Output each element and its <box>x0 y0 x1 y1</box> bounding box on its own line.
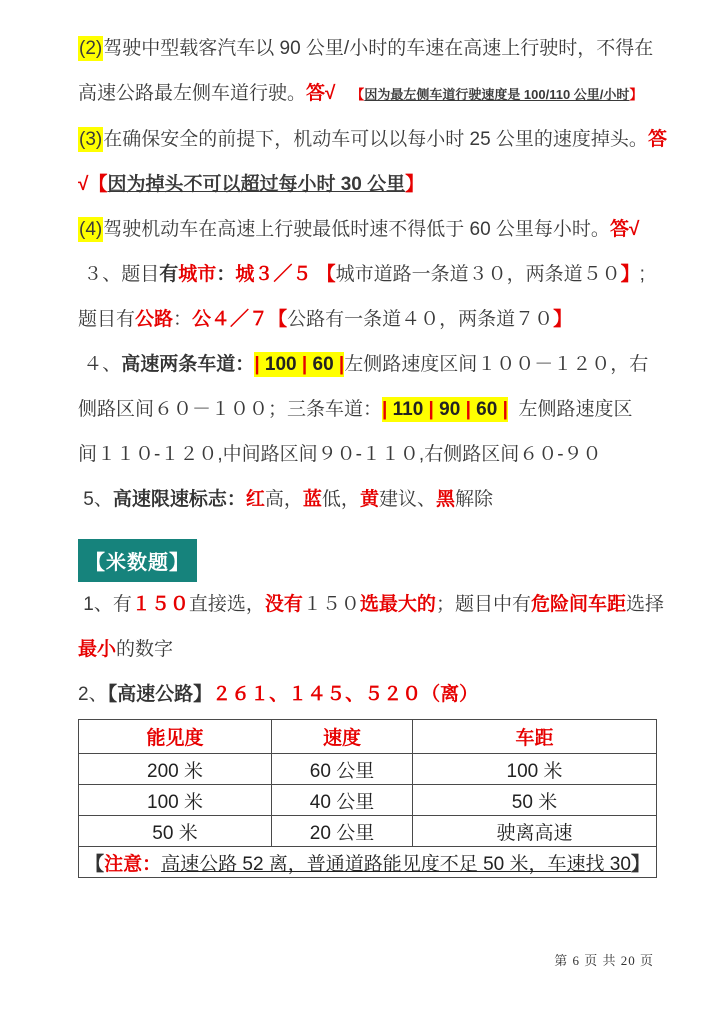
text-segment: 选最大的 <box>360 594 436 615</box>
table-note-row: 【注意：高速公路 52 离，普通道路能见度不足 50 米，车速找 30】 <box>79 847 657 878</box>
meter-rule-2: 2、【高速公路】２６１、１４５、５２０（离） <box>78 672 674 717</box>
table-cell: 100 米 <box>79 785 272 816</box>
text-segment: 左侧路速度区 <box>508 399 633 420</box>
text-segment: ２６１、１４５、５２０（离） <box>212 684 478 705</box>
text-segment: 注意： <box>104 854 161 875</box>
table-note-cell: 【注意：高速公路 52 离，普通道路能见度不足 50 米，车速找 30】 <box>79 847 657 878</box>
table-cell: 20 公里 <box>272 816 413 847</box>
page-number: 第 6 页 共 20 页 <box>78 950 674 969</box>
table-cell: 驶离高速 <box>413 816 657 847</box>
table-cell: 60 公里 <box>272 754 413 785</box>
text-segment: | <box>334 352 345 377</box>
table-cell: 50 米 <box>79 816 272 847</box>
text-segment: ： <box>216 264 235 285</box>
table-cell: 50 米 <box>413 785 657 816</box>
text-segment: 直接选， <box>189 594 265 615</box>
text-segment: 没有 <box>265 594 303 615</box>
rule-city-road: ３、题目有城市：城３／５ 【城市道路一条道３０，两条道５０】;题目有公路：公４／… <box>78 252 674 342</box>
table-header-distance: 车距 <box>413 720 657 754</box>
text-segment: | <box>297 352 313 377</box>
table-cell: 200 米 <box>79 754 272 785</box>
text-segment: 黑 <box>436 489 455 510</box>
table-cell: 100 米 <box>413 754 657 785</box>
text-segment: 城市 <box>178 264 216 285</box>
table-row: 50 米20 公里驶离高速 <box>79 816 657 847</box>
statement-3: (3)在确保安全的前提下，机动车可以以每小时 25 公里的速度掉头。答√【因为掉… <box>78 117 674 207</box>
text-segment: 公４／７ <box>192 309 268 330</box>
text-segment: | <box>423 397 439 422</box>
text-segment: 有 <box>159 264 178 285</box>
statement-2: (2)驾驶中型载客汽车以 90 公里/小时的车速在高速上行驶时，不得在高速公路最… <box>78 26 674 117</box>
text-segment: 110 <box>393 397 424 422</box>
text-segment: 解除 <box>455 489 493 510</box>
text-segment: ；题目中有 <box>436 594 531 615</box>
document-page: (2)驾驶中型载客汽车以 90 公里/小时的车速在高速上行驶时，不得在高速公路最… <box>0 0 720 969</box>
text-segment: 题目有 <box>78 309 135 330</box>
text-segment: 1、有 <box>78 594 132 615</box>
table-header-row: 能见度 速度 车距 <box>79 720 657 754</box>
text-segment: (2) <box>78 36 103 61</box>
text-segment: ３、题目 <box>78 264 159 285</box>
text-segment: 】 <box>553 309 572 330</box>
table-header-speed: 速度 <box>272 720 413 754</box>
text-segment: | <box>254 352 265 377</box>
text-segment: 【 <box>268 309 287 330</box>
text-segment: 高， <box>265 489 303 510</box>
rule-highway-lanes: ４、高速两条车道：| 100 | 60 |左侧路速度区间１００－１２０，右侧路区… <box>78 342 674 477</box>
text-segment: 驾驶机动车在高速上行驶最低时速不得低于 60 公里每小时。 <box>103 219 610 240</box>
text-segment: 公路 <box>135 309 173 330</box>
visibility-speed-distance-table: 能见度 速度 车距 200 米60 公里100 米100 米40 公里50 米5… <box>78 719 657 878</box>
table-row: 100 米40 公里50 米 <box>79 785 657 816</box>
text-segment: 答√ <box>610 219 639 240</box>
text-segment: ： <box>235 354 254 375</box>
text-segment: 】 <box>631 854 650 875</box>
text-segment: 因为最左侧车道行驶速度是 100/110 公里/小时 <box>364 87 629 102</box>
text-segment: 答 <box>648 129 667 150</box>
text-segment: ４、 <box>78 354 121 375</box>
table-header-visibility: 能见度 <box>79 720 272 754</box>
text-segment: 危险间车距 <box>531 594 626 615</box>
text-segment: 公路有一条道４０，两条道７０ <box>287 309 553 330</box>
section-badge-meter-questions: 【米数题】 <box>78 539 197 582</box>
text-segment: 高速公路最左侧车道行驶。 <box>78 83 306 104</box>
text-segment: | <box>382 397 393 422</box>
text-segment: 高速两条车道 <box>121 354 235 375</box>
table-row: 200 米60 公里100 米 <box>79 754 657 785</box>
text-segment: 间１１０-１２０,中间路区间９０-１１０,右侧路区间６０-９０ <box>78 444 602 465</box>
text-segment: 在确保安全的前提下，机动车可以以每小时 25 公里的速度掉头。 <box>103 129 648 150</box>
text-segment: 蓝 <box>303 489 322 510</box>
text-segment: 左侧路速度区间１００－１２０，右 <box>344 354 648 375</box>
text-segment: 【 <box>351 87 364 102</box>
text-segment: 2、 <box>78 684 108 705</box>
text-segment: 60 <box>313 352 334 377</box>
text-segment: １５０ <box>303 594 360 615</box>
text-segment: 高速限速标志： <box>113 489 246 510</box>
text-segment: １５０ <box>132 594 189 615</box>
rule-speed-signs: 5、高速限速标志：红高，蓝低，黄建议、黑解除 <box>78 477 674 522</box>
meter-rule-1: 1、有１５０直接选，没有１５０选最大的；题目中有危险间车距选择最小的数字 <box>78 582 674 672</box>
text-segment: 建议、 <box>379 489 436 510</box>
text-segment: 90 <box>439 397 460 422</box>
text-segment: 红 <box>246 489 265 510</box>
text-segment: 【 <box>88 174 107 195</box>
text-segment: 低， <box>322 489 360 510</box>
text-segment: | <box>460 397 476 422</box>
text-segment: 因为掉头不可以超过每小时 30 公里 <box>107 174 405 195</box>
statement-4: (4)驾驶机动车在高速上行驶最低时速不得低于 60 公里每小时。答√ <box>78 207 674 252</box>
text-segment: ; <box>640 264 645 285</box>
text-segment: ： <box>173 309 192 330</box>
text-segment: 【 <box>85 854 104 875</box>
text-segment <box>335 83 351 104</box>
text-segment: 】 <box>405 174 424 195</box>
text-segment: 驾驶中型载客汽车以 90 公里/小时的车速在高速上行驶时，不得在 <box>103 38 653 59</box>
text-segment: | <box>497 397 508 422</box>
text-segment: 5、 <box>78 489 113 510</box>
text-segment: 【高速公路】 <box>108 684 213 705</box>
text-segment: 100 <box>265 352 297 377</box>
text-segment: 的数字 <box>116 639 173 660</box>
text-segment: √ <box>78 174 88 195</box>
text-segment: (3) <box>78 127 103 152</box>
text-segment: 高速公路 52 离，普通道路能见度不足 50 米，车速找 30 <box>161 854 631 875</box>
table-cell: 40 公里 <box>272 785 413 816</box>
text-segment: 最小 <box>78 639 116 660</box>
text-segment: 黄 <box>360 489 379 510</box>
text-segment: (4) <box>78 217 103 242</box>
text-segment: 】 <box>621 264 640 285</box>
text-segment: 城市道路一条道３０，两条道５０ <box>336 264 621 285</box>
text-segment: 选择 <box>626 594 664 615</box>
text-segment: 侧路区间６０－１００；三条车道： <box>78 399 382 420</box>
text-segment: 城３／５ <box>235 264 311 285</box>
text-segment: 】 <box>629 87 642 102</box>
text-segment: 【 <box>317 264 336 285</box>
text-segment: 60 <box>476 397 497 422</box>
text-segment: 答√ <box>306 83 335 104</box>
